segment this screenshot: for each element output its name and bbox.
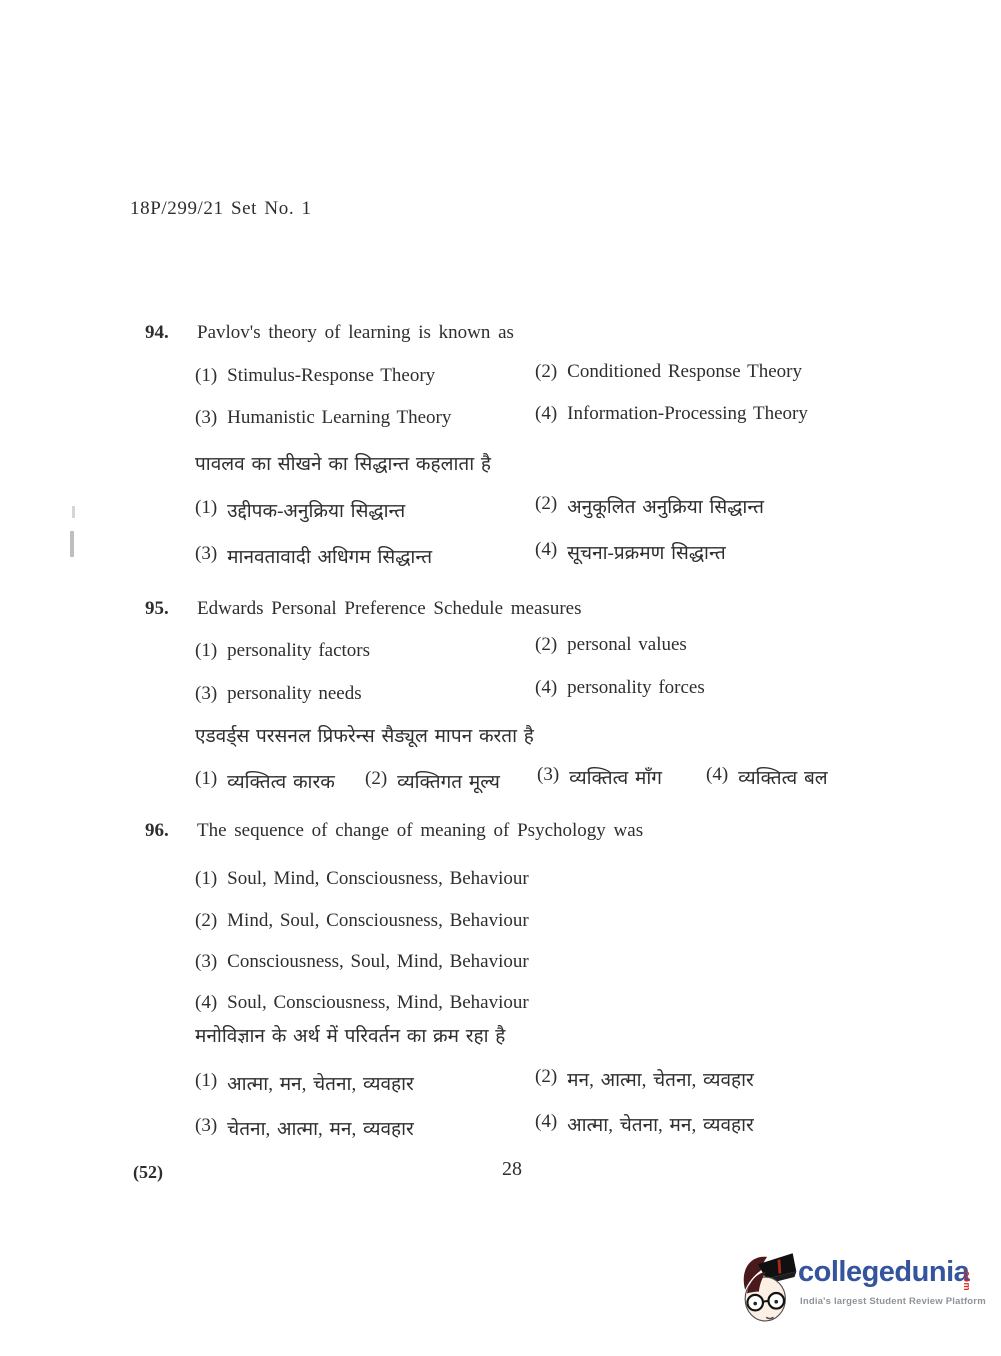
option-96-1-en: (1) Soul, Mind, Consciousness, Behaviour: [195, 868, 529, 890]
question-number: 94.: [145, 322, 197, 344]
collegedunia-mascot-icon: [736, 1244, 800, 1332]
options-row: (1) व्यक्तित्व कारक (2) व्यक्तिगत मूल्य …: [195, 768, 905, 800]
option-label: Conditioned Response Theory: [567, 361, 802, 383]
paper-code: 18P/299/21 Set No. 1: [130, 198, 312, 220]
option-number: (1): [195, 497, 217, 523]
option-label: आत्मा, मन, चेतना, व्यवहार: [227, 1070, 414, 1096]
options-row: (4) Soul, Consciousness, Mind, Behaviour: [195, 992, 905, 1024]
option-number: (2): [365, 768, 387, 794]
option-label: Soul, Mind, Consciousness, Behaviour: [227, 868, 529, 890]
option-95-4-en: (4) personality forces: [535, 677, 705, 699]
option-number: (1): [195, 1070, 217, 1096]
option-95-3-hi: (3) व्यक्तित्व माँग: [537, 764, 662, 790]
option-number: (1): [195, 868, 217, 890]
question-text-en: Edwards Personal Preference Schedule mea…: [197, 598, 581, 620]
option-label: मानवतावादी अधिगम सिद्धान्त: [227, 543, 432, 569]
option-95-3-en: (3) personality needs: [195, 683, 362, 705]
options-row: (3) चेतना, आत्मा, मन, व्यवहार (4) आत्मा,…: [195, 1115, 905, 1147]
options-row: (3) personality needs (4) personality fo…: [195, 683, 905, 715]
scan-artifact: [72, 506, 75, 518]
option-number: (3): [537, 764, 559, 790]
option-number: (4): [706, 764, 728, 790]
question-text-en: Pavlov's theory of learning is known as: [197, 322, 514, 344]
option-label: Humanistic Learning Theory: [227, 407, 451, 429]
option-label: सूचना-प्रक्रमण सिद्धान्त: [567, 539, 726, 565]
mascot-glasses-bridge: [763, 1301, 769, 1302]
option-96-3-en: (3) Consciousness, Soul, Mind, Behaviour: [195, 951, 529, 973]
collegedunia-tagline: India's largest Student Review Platform: [800, 1296, 986, 1307]
option-number: (3): [195, 1115, 217, 1141]
option-number: (1): [195, 640, 217, 662]
option-94-1-hi: (1) उद्दीपक-अनुक्रिया सिद्धान्त: [195, 497, 405, 523]
option-label: व्यक्तित्व कारक: [227, 768, 335, 794]
question-text-hi: एडवर्ड्स परसनल प्रिफरेन्स सैड्यूल मापन क…: [195, 722, 534, 748]
option-label: व्यक्तिगत मूल्य: [397, 768, 500, 794]
options-row: (3) Consciousness, Soul, Mind, Behaviour: [195, 951, 905, 983]
option-label: व्यक्तित्व माँग: [569, 764, 662, 790]
option-label: उद्दीपक-अनुक्रिया सिद्धान्त: [227, 497, 405, 523]
option-number: (4): [535, 403, 557, 425]
option-number: (3): [195, 543, 217, 569]
option-label: आत्मा, चेतना, मन, व्यवहार: [567, 1111, 754, 1137]
scanned-exam-page: 18P/299/21 Set No. 1 94. Pavlov's theory…: [0, 0, 1001, 1356]
option-label: Stimulus-Response Theory: [227, 365, 435, 387]
page-number: 28: [502, 1158, 522, 1181]
options-row: (3) Humanistic Learning Theory (4) Infor…: [195, 407, 905, 439]
option-number: (4): [535, 539, 557, 565]
options-row: (1) उद्दीपक-अनुक्रिया सिद्धान्त (2) अनुक…: [195, 497, 905, 529]
option-number: (2): [535, 634, 557, 656]
option-94-3-hi: (3) मानवतावादी अधिगम सिद्धान्त: [195, 543, 432, 569]
question-head: 95. Edwards Personal Preference Schedule…: [145, 598, 581, 620]
option-95-2-hi: (2) व्यक्तिगत मूल्य: [365, 768, 500, 794]
question-96: 96. The sequence of change of meaning of…: [145, 820, 905, 1150]
option-96-2-hi: (2) मन, आत्मा, चेतना, व्यवहार: [535, 1066, 754, 1092]
option-number: (2): [195, 910, 217, 932]
question-text-hi: पावलव का सीखने का सिद्धान्त कहलाता है: [195, 450, 491, 476]
options-row: (2) Mind, Soul, Consciousness, Behaviour: [195, 910, 905, 942]
option-label: personality needs: [227, 683, 361, 705]
option-label: Mind, Soul, Consciousness, Behaviour: [227, 910, 529, 932]
option-number: (1): [195, 365, 217, 387]
option-96-2-en: (2) Mind, Soul, Consciousness, Behaviour: [195, 910, 529, 932]
options-row: (1) Soul, Mind, Consciousness, Behaviour: [195, 868, 905, 900]
option-94-4-hi: (4) सूचना-प्रक्रमण सिद्धान्त: [535, 539, 726, 565]
option-94-2-hi: (2) अनुकूलित अनुक्रिया सिद्धान्त: [535, 493, 764, 519]
option-95-1-hi: (1) व्यक्तित्व कारक: [195, 768, 335, 794]
option-number: (1): [195, 768, 217, 794]
option-number: (4): [195, 992, 217, 1014]
option-95-1-en: (1) personality factors: [195, 640, 370, 662]
question-number: 96.: [145, 820, 197, 842]
question-94: 94. Pavlov's theory of learning is known…: [145, 322, 905, 584]
option-label: Information-Processing Theory: [567, 403, 808, 425]
option-96-1-hi: (1) आत्मा, मन, चेतना, व्यवहार: [195, 1070, 414, 1096]
collegedunia-brand-text: collegedunia: [798, 1256, 969, 1289]
option-label: मन, आत्मा, चेतना, व्यवहार: [567, 1066, 754, 1092]
booklet-series: (52): [133, 1162, 163, 1183]
option-95-2-en: (2) personal values: [535, 634, 687, 656]
question-head: 94. Pavlov's theory of learning is known…: [145, 322, 514, 344]
mascot-eye-left: [753, 1302, 757, 1306]
option-94-2-en: (2) Conditioned Response Theory: [535, 361, 802, 383]
option-number: (4): [535, 677, 557, 699]
option-label: व्यक्तित्व बल: [738, 764, 828, 790]
question-number: 95.: [145, 598, 197, 620]
option-label: चेतना, आत्मा, मन, व्यवहार: [227, 1115, 414, 1141]
option-label: personality forces: [567, 677, 705, 699]
options-row: (3) मानवतावादी अधिगम सिद्धान्त (4) सूचना…: [195, 543, 905, 575]
option-94-3-en: (3) Humanistic Learning Theory: [195, 407, 451, 429]
option-95-4-hi: (4) व्यक्तित्व बल: [706, 764, 828, 790]
question-text-hi: मनोविज्ञान के अर्थ में परिवर्तन का क्रम …: [195, 1022, 505, 1048]
option-94-4-en: (4) Information-Processing Theory: [535, 403, 808, 425]
options-row: (1) personality factors (2) personal val…: [195, 640, 905, 672]
mascot-tassel: [779, 1260, 780, 1274]
options-row: (1) Stimulus-Response Theory (2) Conditi…: [195, 365, 905, 397]
option-number: (3): [195, 407, 217, 429]
question-95: 95. Edwards Personal Preference Schedule…: [145, 598, 905, 798]
option-96-4-en: (4) Soul, Consciousness, Mind, Behaviour: [195, 992, 529, 1014]
option-94-1-en: (1) Stimulus-Response Theory: [195, 365, 435, 387]
option-96-4-hi: (4) आत्मा, चेतना, मन, व्यवहार: [535, 1111, 754, 1137]
option-number: (2): [535, 493, 557, 519]
option-number: (2): [535, 1066, 557, 1092]
question-head: 96. The sequence of change of meaning of…: [145, 820, 643, 842]
option-label: personality factors: [227, 640, 370, 662]
option-96-3-hi: (3) चेतना, आत्मा, मन, व्यवहार: [195, 1115, 414, 1141]
question-text-en: The sequence of change of meaning of Psy…: [197, 820, 643, 842]
option-label: personal values: [567, 634, 687, 656]
collegedunia-logo: collegedunia .com India's largest Studen…: [736, 1244, 994, 1340]
option-label: Consciousness, Soul, Mind, Behaviour: [227, 951, 529, 973]
option-number: (2): [535, 361, 557, 383]
collegedunia-tld-text: .com: [962, 1268, 972, 1291]
option-number: (3): [195, 683, 217, 705]
scan-artifact: [70, 531, 74, 557]
option-label: अनुकूलित अनुक्रिया सिद्धान्त: [567, 493, 764, 519]
option-number: (3): [195, 951, 217, 973]
mascot-eye-right: [774, 1300, 778, 1304]
options-row: (1) आत्मा, मन, चेतना, व्यवहार (2) मन, आत…: [195, 1070, 905, 1102]
option-number: (4): [535, 1111, 557, 1137]
option-label: Soul, Consciousness, Mind, Behaviour: [227, 992, 529, 1014]
